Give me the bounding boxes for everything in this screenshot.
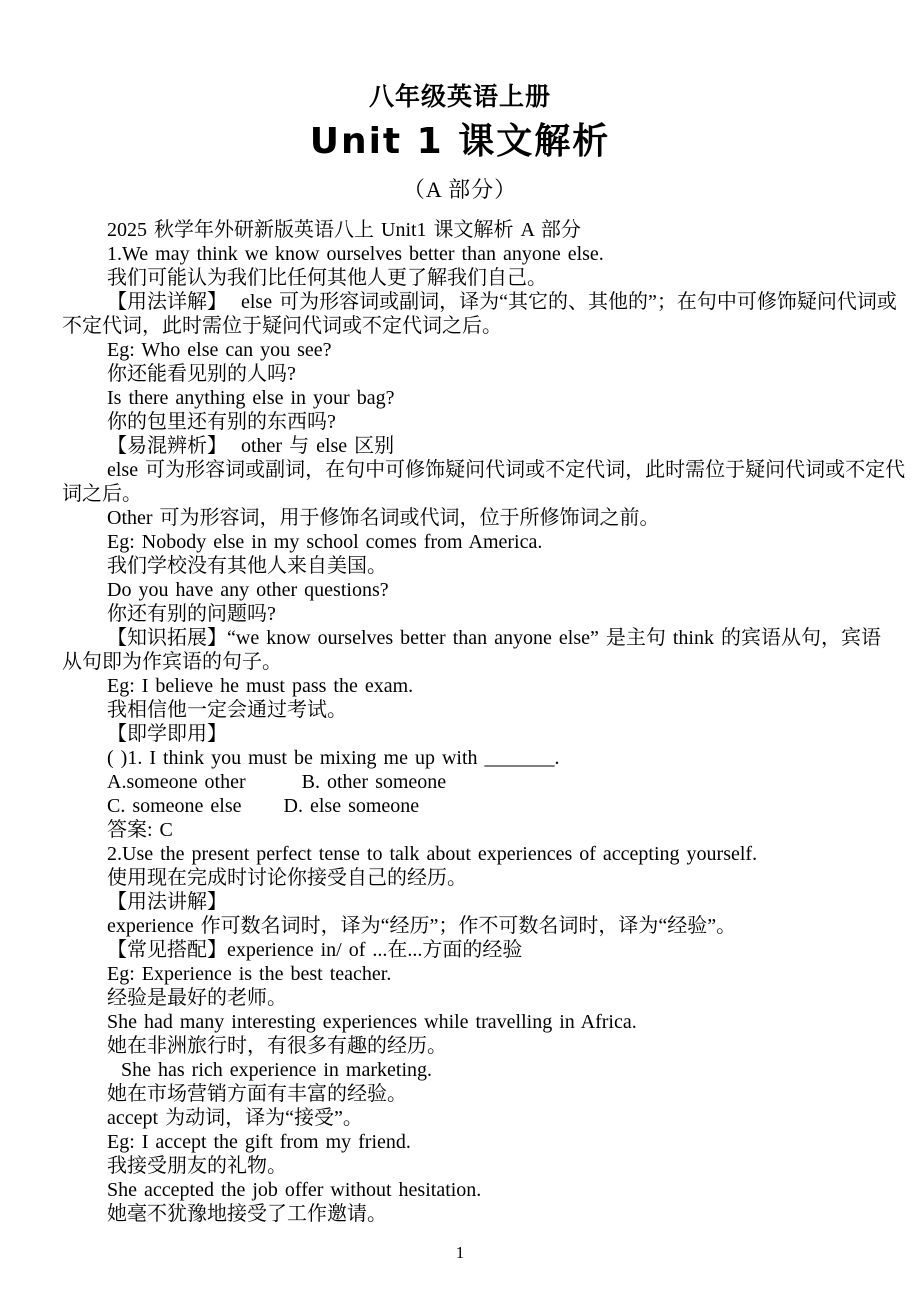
page-footer: 1 bbox=[62, 1244, 858, 1262]
text-line: Is there anything else in your bag? bbox=[62, 386, 858, 410]
text-line: 答案: C bbox=[62, 818, 858, 842]
text-line: She has rich experience in marketing. bbox=[62, 1058, 858, 1082]
text-line: She had many interesting experiences whi… bbox=[62, 1010, 858, 1034]
text-line: 从句即为作宾语的句子。 bbox=[62, 650, 858, 674]
text-line: 你的包里还有别的东西吗? bbox=[62, 410, 858, 434]
text-line: Eg: I believe he must pass the exam. bbox=[62, 674, 858, 698]
text-line: She accepted the job offer without hesit… bbox=[62, 1178, 858, 1202]
text-line: Do you have any other questions? bbox=[62, 578, 858, 602]
text-line: 经验是最好的老师。 bbox=[62, 986, 858, 1010]
text-line: experience 作可数名词时，译为“经历”；作不可数名词时，译为“经验”。 bbox=[62, 914, 858, 938]
text-line: accept 为动词，译为“接受”。 bbox=[62, 1106, 858, 1130]
text-line: Eg: Experience is the best teacher. bbox=[62, 962, 858, 986]
text-line: Other 可为形容词，用于修饰名词或代词，位于所修饰词之前。 bbox=[62, 506, 858, 530]
text-line: 我相信他一定会通过考试。 bbox=[62, 698, 858, 722]
text-line: 我们可能认为我们比任何其他人更了解我们自己。 bbox=[62, 266, 858, 290]
text-line: 【常见搭配】experience in/ of ...在...方面的经验 bbox=[62, 938, 858, 962]
unit-title: Unit 1 课文解析 bbox=[62, 121, 858, 163]
text-line: 不定代词，此时需位于疑问代词或不定代词之后。 bbox=[62, 314, 858, 338]
document-header: 八年级英语上册 Unit 1 课文解析 （A 部分） bbox=[62, 84, 858, 203]
text-line: 2025 秋学年外研新版英语八上 Unit1 课文解析 A 部分 bbox=[62, 218, 858, 242]
document-body: 2025 秋学年外研新版英语八上 Unit1 课文解析 A 部分1.We may… bbox=[62, 218, 858, 1226]
text-line: 我接受朋友的礼物。 bbox=[62, 1154, 858, 1178]
text-line: A.someone other B. other someone bbox=[62, 770, 858, 794]
text-line: 【易混辨析】 other 与 else 区别 bbox=[62, 434, 858, 458]
text-line: 2.Use the present perfect tense to talk … bbox=[62, 842, 858, 866]
text-line: 1.We may think we know ourselves better … bbox=[62, 242, 858, 266]
text-line: 她在市场营销方面有丰富的经验。 bbox=[62, 1082, 858, 1106]
text-line: ( )1. I think you must be mixing me up w… bbox=[62, 746, 858, 770]
text-line: 使用现在完成时讨论你接受自己的经历。 bbox=[62, 866, 858, 890]
text-line: 她在非洲旅行时，有很多有趣的经历。 bbox=[62, 1034, 858, 1058]
part-subtitle: （A 部分） bbox=[62, 176, 858, 203]
book-title: 八年级英语上册 bbox=[62, 84, 858, 109]
text-line: 【知识拓展】“we know ourselves better than any… bbox=[62, 626, 858, 650]
text-line: 【即学即用】 bbox=[62, 722, 858, 746]
text-line: Eg: Who else can you see? bbox=[62, 338, 858, 362]
text-line: 【用法讲解】 bbox=[62, 890, 858, 914]
text-line: Eg: I accept the gift from my friend. bbox=[62, 1130, 858, 1154]
text-line: 你还能看见别的人吗? bbox=[62, 362, 858, 386]
text-line: 我们学校没有其他人来自美国。 bbox=[62, 554, 858, 578]
document-page: 八年级英语上册 Unit 1 课文解析 （A 部分） 2025 秋学年外研新版英… bbox=[0, 0, 920, 1302]
text-line: 【用法详解】 else 可为形容词或副词，译为“其它的、其他的”；在句中可修饰疑… bbox=[62, 290, 858, 314]
text-line: C. someone else D. else someone bbox=[62, 794, 858, 818]
text-line: 她毫不犹豫地接受了工作邀请。 bbox=[62, 1202, 858, 1226]
text-line: 词之后。 bbox=[62, 482, 858, 506]
text-line: 你还有别的问题吗? bbox=[62, 602, 858, 626]
text-line: else 可为形容词或副词，在句中可修饰疑问代词或不定代词，此时需位于疑问代词或… bbox=[62, 458, 858, 482]
text-line: Eg: Nobody else in my school comes from … bbox=[62, 530, 858, 554]
page-number: 1 bbox=[456, 1243, 465, 1262]
